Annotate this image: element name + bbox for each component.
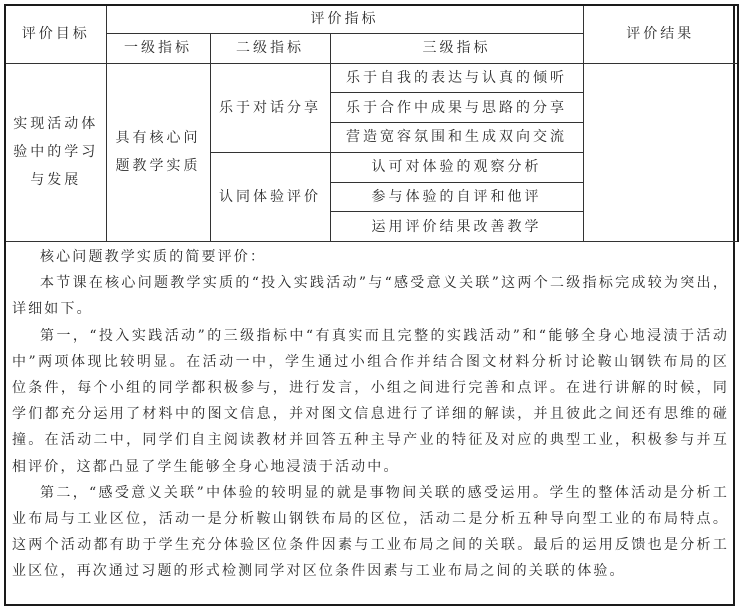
result-cell [583,63,738,242]
goal-cell: 实现活动体 验中的学习 与发展 [5,63,106,242]
goal-line: 实现活动体 [6,110,106,138]
level3-cell: 认可对体验的观察分析 [330,152,583,182]
goal-line: 与发展 [6,166,106,194]
level2-cell-evaluation: 认同体验评价 [210,152,330,241]
header-level1: 一级指标 [106,33,210,63]
evaluation-comment: 核心问题教学实质的简要评价： 本节课在核心问题教学实质的“投入实践活动”与“感受… [6,242,735,606]
header-indicators: 评价指标 [106,5,583,33]
level2-cell-dialogue: 乐于对话分享 [210,63,330,152]
level1-line: 题教学实质 [107,152,210,180]
header-result: 评价结果 [583,5,738,63]
comment-paragraph: 第二，“感受意义关联”中体验的较明显的就是事物间关联的感受运用。学生的整体活动是… [12,480,729,585]
level3-cell: 运用评价结果改善教学 [330,212,583,242]
comment-paragraph: 第一，“投入实践活动”的三级指标中“有真实而且完整的实践活动”和“能够全身心地浸… [12,323,729,480]
level3-cell: 乐于合作中成果与思路的分享 [330,93,583,123]
header-level2: 二级指标 [210,33,330,63]
evaluation-table: 评价目标 评价指标 评价结果 一级指标 二级指标 三级指标 实现活动体 验中的学… [4,4,739,242]
level3-cell: 营造宽容氛围和生成双向交流 [330,123,583,153]
goal-line: 验中的学习 [6,138,106,166]
level1-line: 具有核心问 [107,124,210,152]
comment-title: 核心问题教学实质的简要评价： [12,244,729,270]
level3-cell: 乐于自我的表达与认真的倾听 [330,63,583,93]
header-goal: 评价目标 [5,5,106,63]
level1-cell: 具有核心问 题教学实质 [106,63,210,242]
level3-cell: 参与体验的自评和他评 [330,182,583,212]
header-level3: 三级指标 [330,33,583,63]
comment-paragraph: 本节课在核心问题教学实质的“投入实践活动”与“感受意义关联”这两个二级指标完成较… [12,270,729,322]
